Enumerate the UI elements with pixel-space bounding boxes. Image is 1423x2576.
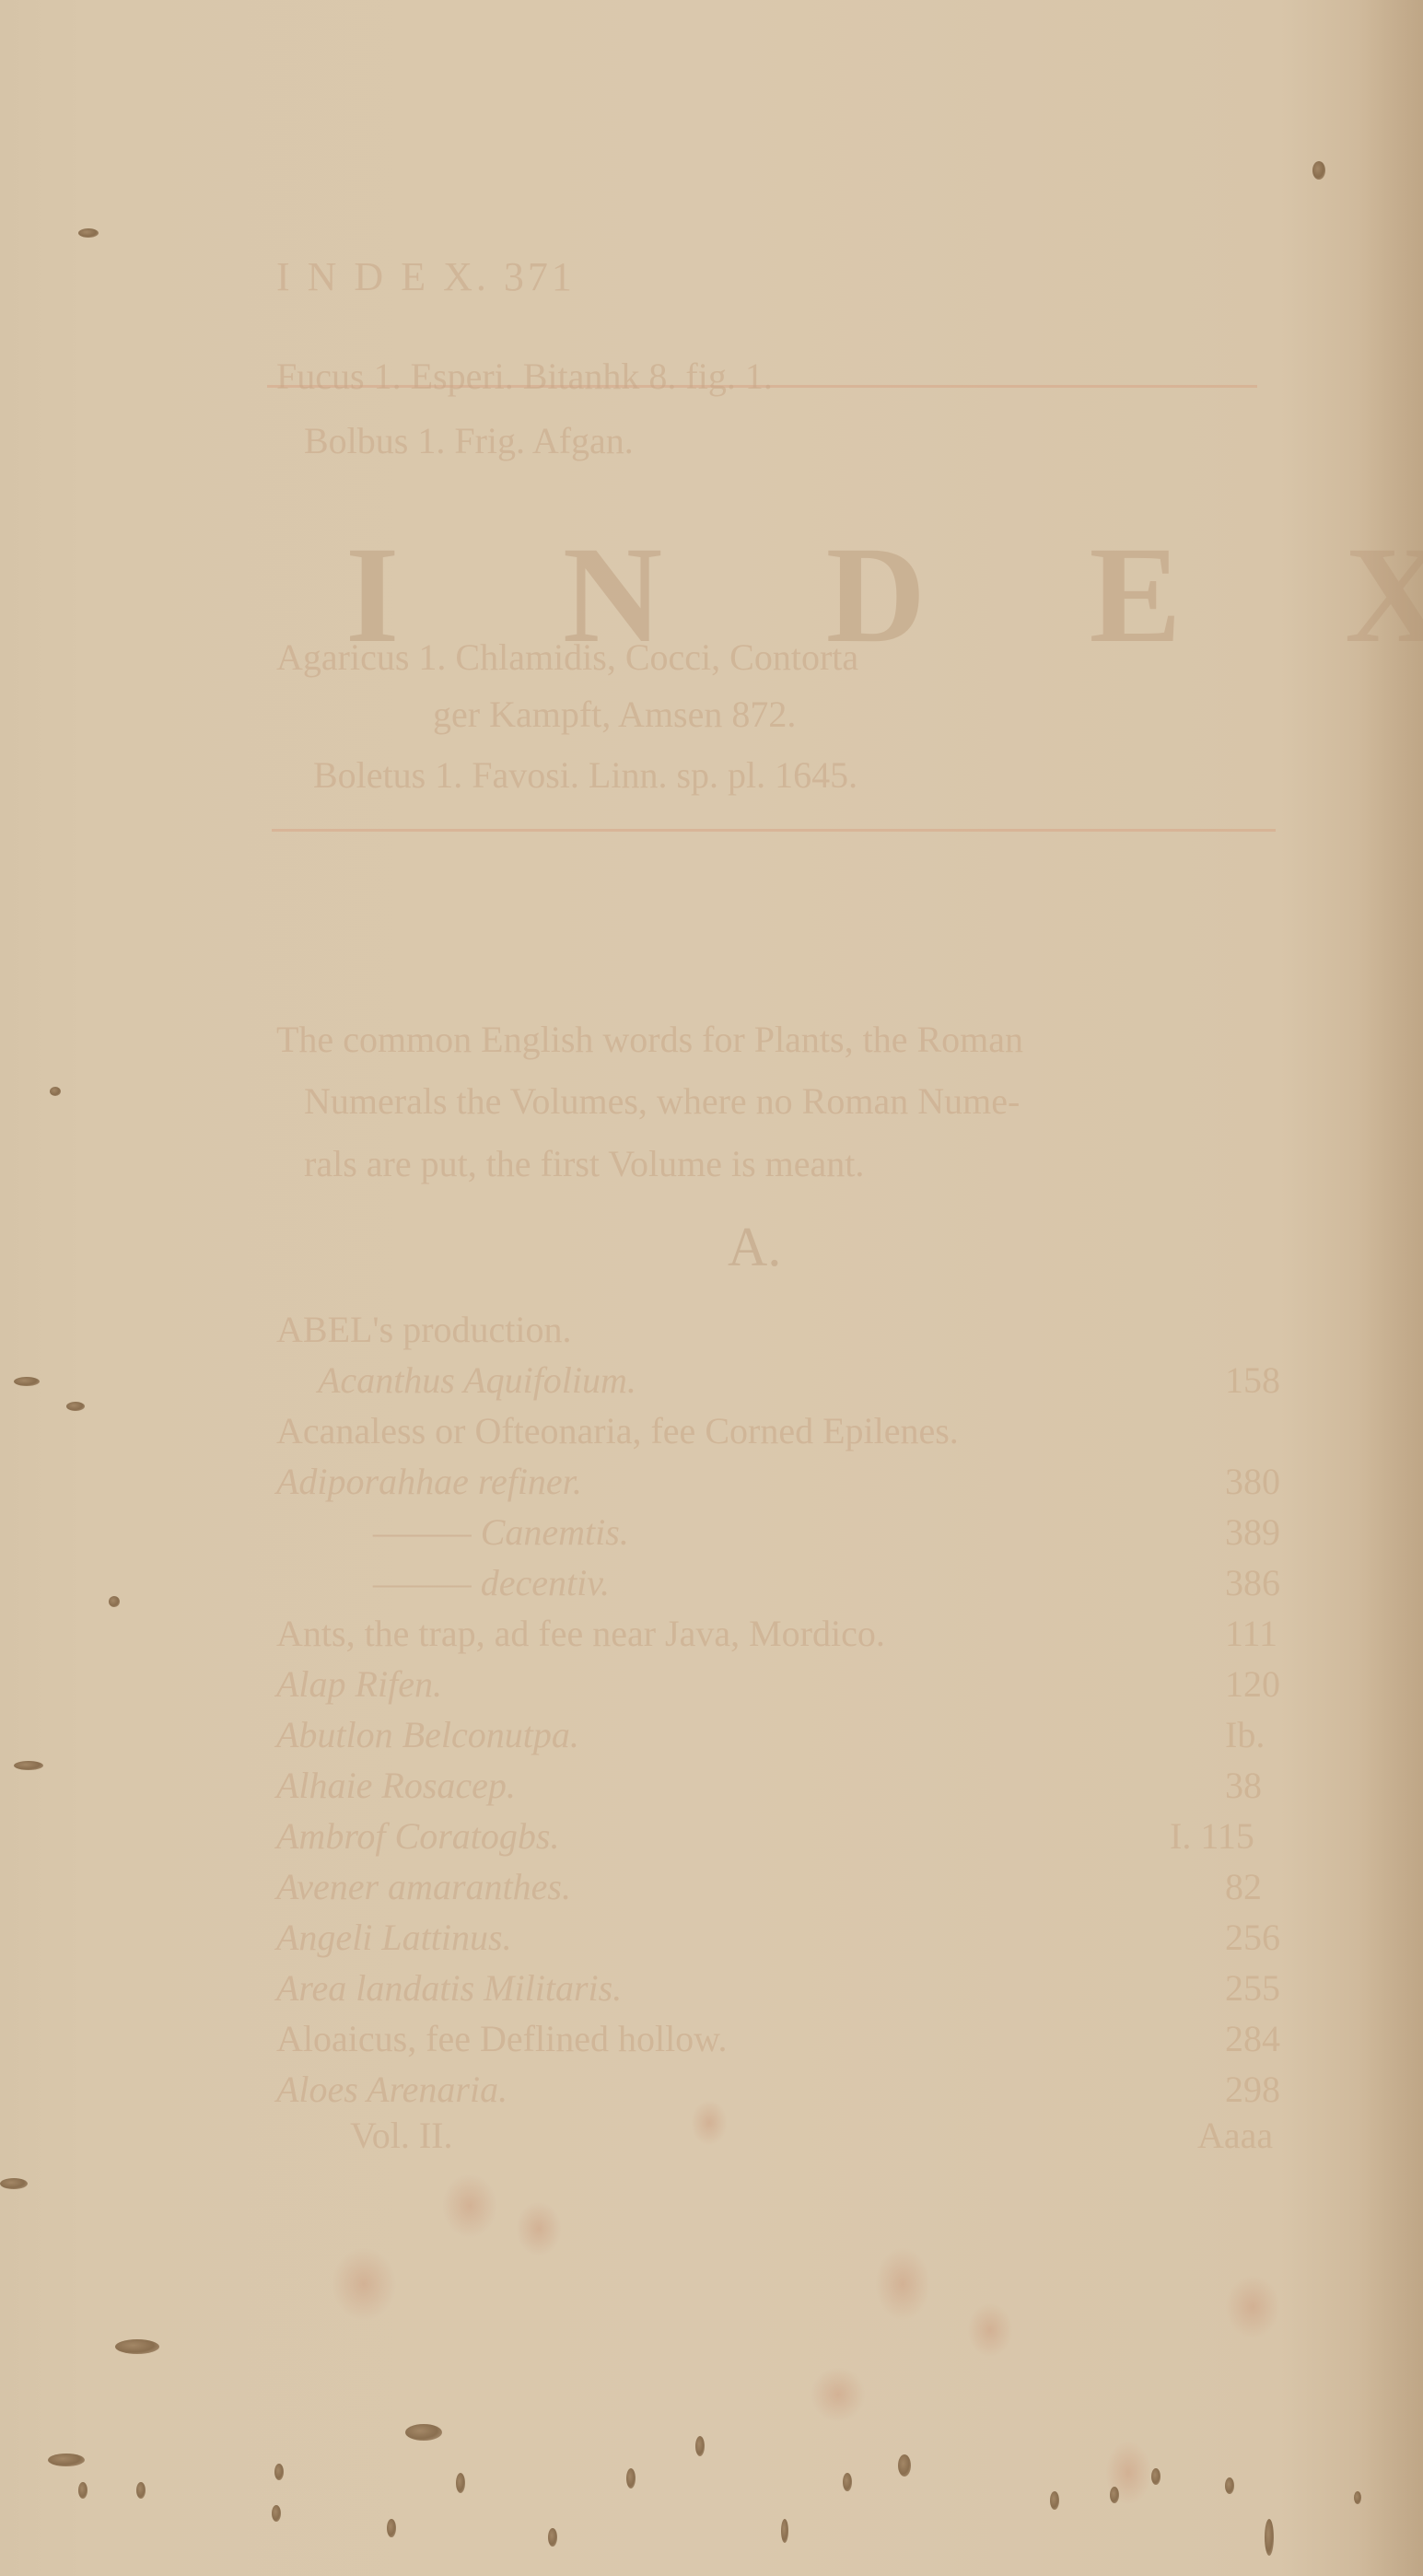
note-line-1: The common English words for Plants, the… xyxy=(276,1018,1023,1061)
entry-10: Alhaie Rosacep. xyxy=(276,1764,516,1807)
wormhole xyxy=(274,2464,284,2480)
entry-7-page: 111 xyxy=(1225,1612,1277,1655)
wormhole xyxy=(1110,2487,1119,2503)
entry-11-page: I. 115 xyxy=(1170,1814,1254,1858)
wormhole xyxy=(1050,2491,1059,2510)
entry-13-page: 256 xyxy=(1225,1916,1280,1959)
entry-13: Angeli Lattinus. xyxy=(276,1916,512,1959)
wormhole xyxy=(109,1596,120,1607)
entry-7: Ants, the trap, ad fee near Java, Mordic… xyxy=(276,1612,885,1655)
entry-4: Adiporahhae refiner. xyxy=(276,1460,582,1503)
entry-10-page: 38 xyxy=(1225,1764,1262,1807)
foxing-spot xyxy=(875,2247,930,2321)
note-line-2: Numerals the Volumes, where no Roman Num… xyxy=(304,1079,1020,1123)
wormhole xyxy=(48,2454,85,2466)
entry-15: Aloaicus, fee Deflined hollow. xyxy=(276,2017,727,2060)
entry-5-page: 389 xyxy=(1225,1510,1280,1554)
wormhole xyxy=(115,2339,159,2354)
wormhole xyxy=(843,2473,852,2491)
entry-12: Avener amaranthes. xyxy=(276,1865,571,1908)
foxing-spot xyxy=(442,2174,497,2238)
wormhole xyxy=(405,2424,442,2441)
book-page: I N D E X. 371 Fucus 1. Esperi. Bitanhk … xyxy=(0,0,1423,2576)
wormhole xyxy=(78,228,99,238)
wormhole xyxy=(898,2454,911,2477)
wormhole xyxy=(0,2178,28,2189)
wormhole xyxy=(387,2519,396,2537)
wormhole xyxy=(548,2528,557,2547)
entry-4-page: 380 xyxy=(1225,1460,1280,1503)
entry-14: Area landatis Militaris. xyxy=(276,1966,622,2010)
title-entry-1: Agaricus 1. Chlamidis, Cocci, Contorta xyxy=(276,635,858,679)
signature-mark: Aaaa xyxy=(1197,2114,1273,2157)
wormhole xyxy=(272,2505,281,2522)
wormhole xyxy=(78,2482,87,2499)
wormhole xyxy=(14,1377,40,1386)
title-entry-2: ger Kampft, Amsen 872. xyxy=(433,693,796,736)
title-rule xyxy=(272,829,1276,832)
wormhole xyxy=(136,2482,146,2499)
section-letter: A. xyxy=(728,1216,781,1279)
wormhole xyxy=(695,2436,705,2456)
wormhole xyxy=(14,1761,43,1770)
entry-16: Aloes Arenaria. xyxy=(276,2068,507,2111)
wormhole xyxy=(626,2468,636,2489)
foxing-spot xyxy=(516,2201,562,2256)
running-head: I N D E X. 371 xyxy=(276,253,576,300)
entry-6: ——— decentiv. xyxy=(373,1561,610,1604)
page-edge-shadow xyxy=(1359,0,1423,2576)
entry-9: Abutlon Belconutpa. xyxy=(276,1713,579,1756)
top-entry-2: Bolbus 1. Frig. Afgan. xyxy=(304,419,634,462)
wormhole xyxy=(1151,2468,1161,2485)
entry-8: Alap Rifen. xyxy=(276,1662,442,1706)
foxing-spot xyxy=(1225,2275,1280,2339)
wormhole xyxy=(1225,2477,1234,2494)
entry-5: ——— Canemtis. xyxy=(373,1510,629,1554)
foxing-spot xyxy=(811,2367,866,2422)
foxing-spot xyxy=(967,2302,1013,2358)
title-entry-3: Boletus 1. Favosi. Linn. sp. pl. 1645. xyxy=(313,753,857,797)
entry-2-page: 158 xyxy=(1225,1358,1280,1402)
wormhole xyxy=(1265,2519,1274,2556)
foxing-spot xyxy=(691,2100,728,2146)
entry-3: Acanaless or Ofteonaria, fee Corned Epil… xyxy=(276,1409,959,1452)
entry-9-page: Ib. xyxy=(1225,1713,1265,1756)
entry-12-page: 82 xyxy=(1225,1865,1262,1908)
wormhole xyxy=(50,1087,61,1096)
entry-2: Acanthus Aquifolium. xyxy=(318,1358,636,1402)
wormhole xyxy=(1312,161,1325,180)
entry-6-page: 386 xyxy=(1225,1561,1280,1604)
wormhole xyxy=(66,1402,85,1411)
entry-1: ABEL's production. xyxy=(276,1308,572,1351)
entry-8-page: 120 xyxy=(1225,1662,1280,1706)
entry-16-page: 298 xyxy=(1225,2068,1280,2111)
top-entry-1: Fucus 1. Esperi. Bitanhk 8. fig. 1. xyxy=(276,355,773,398)
note-line-3: rals are put, the first Volume is meant. xyxy=(304,1142,864,1185)
entry-15-page: 284 xyxy=(1225,2017,1280,2060)
entry-14-page: 255 xyxy=(1225,1966,1280,2010)
foxing-spot xyxy=(332,2247,396,2321)
signature-line: Vol. II. xyxy=(350,2114,452,2157)
wormhole xyxy=(456,2473,465,2493)
wormhole xyxy=(781,2519,788,2543)
entry-11: Ambrof Coratogbs. xyxy=(276,1814,559,1858)
